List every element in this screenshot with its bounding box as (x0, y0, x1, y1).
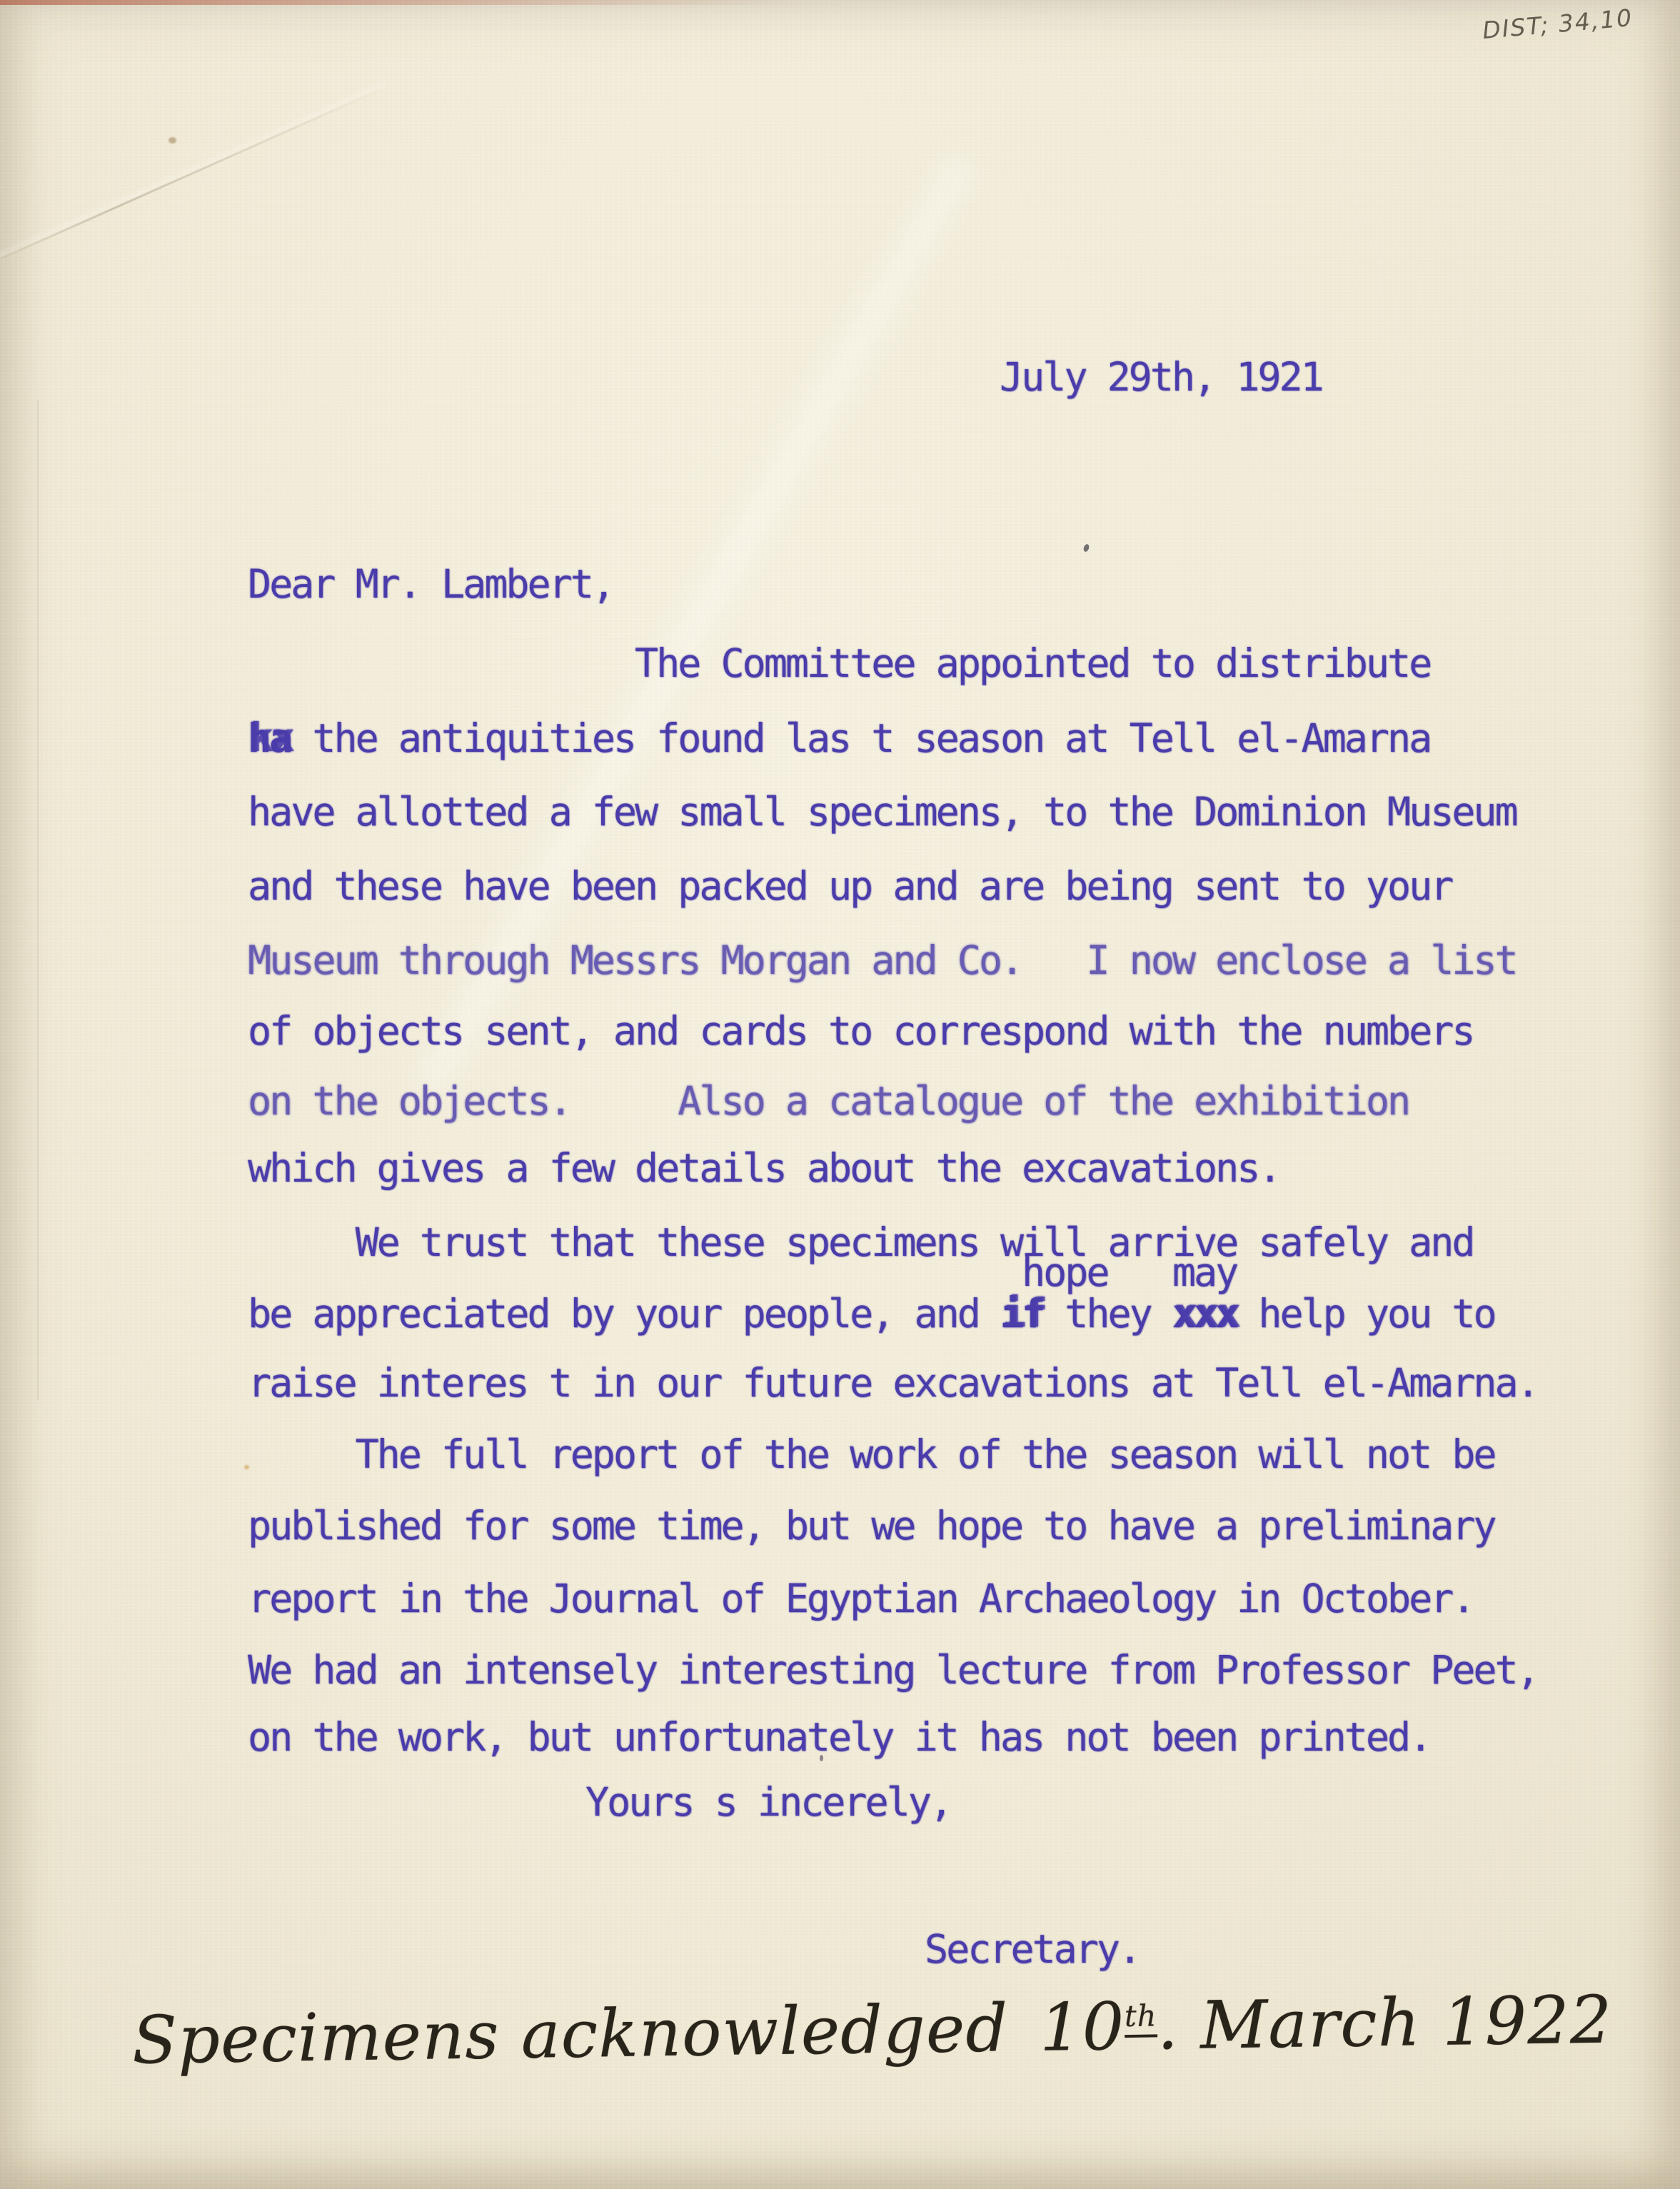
letter-line: raise interes t in our future excavation… (248, 1360, 1538, 1406)
pencil-reference-number: DIST; 34,10 (1482, 4, 1634, 44)
letter-line: We had an intensely interesting lecture … (248, 1647, 1538, 1693)
note-text: . March 1922 (1157, 1982, 1613, 2065)
handwritten-acknowledgement-note: Specimens acknowledged10th. March 1922 (131, 1982, 1613, 2079)
scan-edge-artifact (0, 0, 1071, 5)
letter-line-text: be appreciated by your people, and (248, 1291, 1000, 1337)
foxing-spot (168, 137, 176, 144)
letter-line-text: they (1043, 1291, 1172, 1337)
letter-line: The Committee appointed to distribute (248, 640, 1430, 686)
letter-line: report in the Journal of Egyptian Archae… (248, 1576, 1473, 1621)
letter-line: The full report of the work of the seaso… (248, 1431, 1495, 1477)
scanned-letter-page: DIST; 34,10 July 29th, 1921 Dear Mr. Lam… (0, 0, 1680, 2189)
note-day: 10 (1039, 1988, 1125, 2066)
letter-salutation: Dear Mr. Lambert, (248, 561, 613, 607)
ink-speck (1082, 543, 1090, 553)
note-ordinal: th (1125, 1999, 1157, 2038)
letter-date: July 29th, 1921 (1000, 354, 1322, 400)
letter-line: of objects sent, and cards to correspond… (248, 1008, 1473, 1054)
letter-line: published for some time, but we hope to … (248, 1503, 1495, 1549)
struck-out-word: if (1000, 1291, 1043, 1337)
struck-out-word: xxx (1172, 1291, 1237, 1337)
letter-line: Museum through Messrs Morgan and Co. I n… (248, 937, 1516, 983)
paper-crease (0, 86, 388, 273)
struck-out-word: ha (248, 715, 291, 761)
signature-title: Secretary. (925, 1926, 1140, 1972)
letter-line: and these have been packed up and are be… (248, 863, 1452, 909)
letter-line-text: help you to (1237, 1291, 1494, 1337)
letter-line: have allotted a few small specimens, to … (248, 789, 1516, 835)
letter-line: on the objects. Also a catalogue of the … (248, 1078, 1409, 1124)
paper-crease-vertical (37, 400, 39, 1399)
letter-line: on the work, but unfortunately it has no… (248, 1714, 1430, 1760)
letter-line: which gives a few details about the exca… (248, 1145, 1279, 1191)
interlinear-correction: hope may (248, 1249, 1237, 1295)
letter-line-text: the antiquities found las t season at Te… (291, 715, 1430, 761)
letter-line-corrected: be appreciated by your people, and if th… (248, 1291, 1495, 1337)
letter-closing: Yours s incerely, (585, 1779, 951, 1825)
letter-line: ha the antiquities found las t season at… (248, 715, 1430, 761)
note-text: Specimens acknowledged (131, 1990, 1009, 2078)
